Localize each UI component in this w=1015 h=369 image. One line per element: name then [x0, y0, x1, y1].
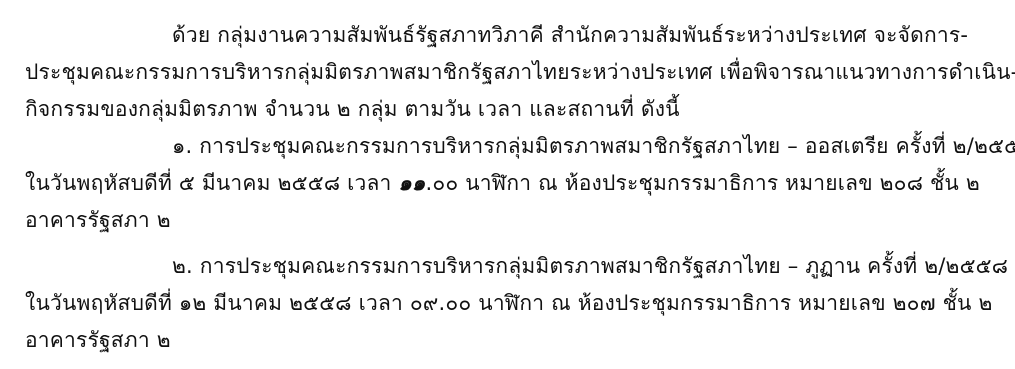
- item-2-building: อาคารรัฐสภา ๒: [25, 325, 171, 355]
- item-1-building: อาคารรัฐสภา ๒: [25, 205, 171, 235]
- item-2-title: ๒. การประชุมคณะกรรมการบริหารกลุ่มมิตรภาพ…: [172, 251, 1008, 281]
- intro-line-1: ด้วย กลุ่มงานความสัมพันธ์รัฐสภาทวิภาคี ส…: [172, 20, 968, 50]
- intro-line-3: กิจกรรมของกลุ่มมิตรภาพ จำนวน ๒ กลุ่ม ตาม…: [25, 94, 680, 124]
- item-1-location-text: .๐๐ นาฬิกา ณ ห้องประชุมกรรมาธิการ หมายเล…: [425, 171, 979, 195]
- item-1-date-text: ในวันพฤหัสบดีที่ ๕ มีนาคม ๒๕๕๘ เวลา: [25, 171, 398, 195]
- item-1-datetime: ในวันพฤหัสบดีที่ ๕ มีนาคม ๒๕๕๘ เวลา ๑๑.๐…: [25, 168, 980, 198]
- item-1-handwritten-time: ๑๑: [398, 171, 425, 195]
- intro-line-2: ประชุมคณะกรรมการบริหารกลุ่มมิตรภาพสมาชิก…: [25, 57, 1015, 87]
- item-1-title: ๑. การประชุมคณะกรรมการบริหารกลุ่มมิตรภาพ…: [172, 131, 1015, 161]
- item-2-datetime: ในวันพฤหัสบดีที่ ๑๒ มีนาคม ๒๕๕๘ เวลา ๐๙.…: [25, 288, 993, 318]
- document-page: ด้วย กลุ่มงานความสัมพันธ์รัฐสภาทวิภาคี ส…: [0, 0, 1015, 369]
